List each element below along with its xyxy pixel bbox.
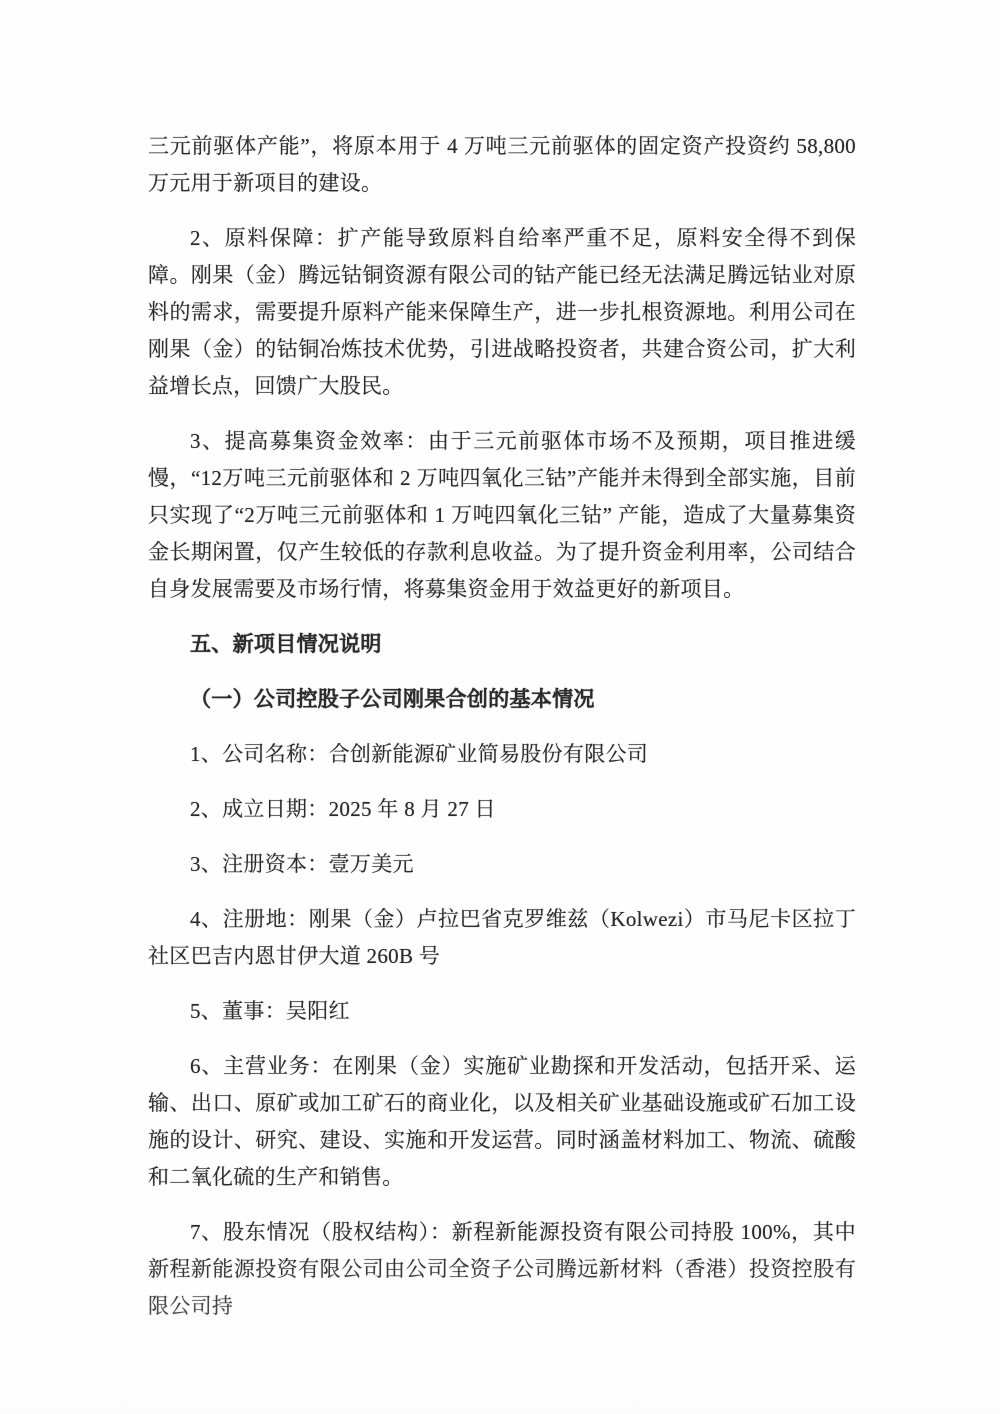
item-main-business: 6、主营业务：在刚果（金）实施矿业勘探和开发活动，包括开采、运输、出口、原矿或加… xyxy=(148,1048,856,1196)
item-registered-capital: 3、注册资本：壹万美元 xyxy=(148,846,856,883)
item-registered-address: 4、注册地：刚果（金）卢拉巴省克罗维兹（Kolwezi）市马尼卡区拉丁社区巴吉内… xyxy=(148,901,856,975)
paragraph-raw-material: 2、原料保障：扩产能导致原料自给率严重不足，原料安全得不到保障。刚果（金）腾远钴… xyxy=(148,220,856,405)
document-page: 三元前驱体产能”，将原本用于 4 万吨三元前驱体的固定资产投资约 58,800 … xyxy=(0,0,1000,1414)
item-director: 5、董事：吴阳红 xyxy=(148,993,856,1030)
item-establish-date: 2、成立日期：2025 年 8 月 27 日 xyxy=(148,791,856,828)
section-heading-new-project: 五、新项目情况说明 xyxy=(148,626,856,663)
paragraph-fund-efficiency: 3、提高募集资金效率：由于三元前驱体市场不及预期，项目推进缓慢，“12万吨三元前… xyxy=(148,423,856,608)
paragraph-continuation: 三元前驱体产能”，将原本用于 4 万吨三元前驱体的固定资产投资约 58,800 … xyxy=(148,128,856,202)
item-company-name: 1、公司名称：合创新能源矿业简易股份有限公司 xyxy=(148,736,856,773)
document-body: 三元前驱体产能”，将原本用于 4 万吨三元前驱体的固定资产投资约 58,800 … xyxy=(148,128,856,1343)
item-shareholder-structure: 7、股东情况（股权结构）：新程新能源投资有限公司持股 100%，其中新程新能源投… xyxy=(148,1214,856,1325)
subsection-heading-subsidiary-basic-info: （一）公司控股子公司刚果合创的基本情况 xyxy=(148,681,856,718)
